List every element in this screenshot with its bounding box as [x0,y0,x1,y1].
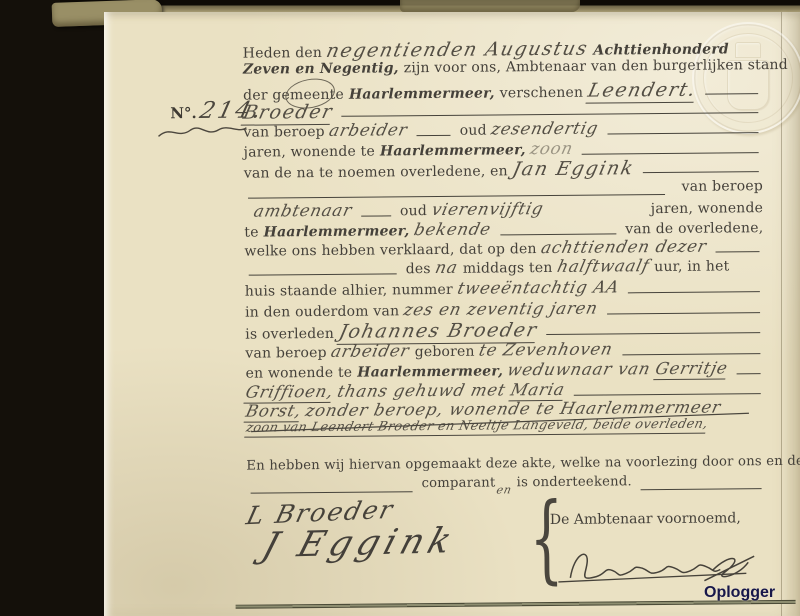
baseline-rule [342,112,759,117]
printed-text: van beroep [245,345,326,362]
baseline-rule [737,373,761,374]
printed-year-word: Zeven en Negentig, [243,60,399,77]
akte-content: N°.214. Heden den negentienden Augustus … [0,0,800,616]
handwritten-age-at-death: zes en zeventig jaren [402,299,600,320]
ambtenaar-signature [554,536,764,590]
baseline-rule [546,332,760,335]
printed-text: oud [400,203,427,219]
printed-text: is overleden [245,326,334,343]
printed-text: oud [460,123,487,139]
handwritten-relation: bekende [412,219,493,239]
handwritten-house-number: tweeëntachtig AA [456,277,622,297]
handwritten-age: zesendertig [490,119,601,139]
handwritten-death-date: achttienden dezer [540,237,709,257]
closing-stroke [247,404,753,434]
baseline-rule [574,393,761,396]
printed-municipality: Haarlemmermeer, [357,363,503,380]
document-scan: { "colors": { "paper": "#eae1c3", "print… [0,0,800,616]
baseline-rule [622,353,760,355]
printed-text: des [406,261,431,277]
printed-municipality: Haarlemmermeer, [264,223,410,240]
baseline-rule [251,491,413,493]
handwritten-occupation: ambtenaar [252,201,354,221]
oplogger-watermark: Oplogger [704,584,775,602]
handwritten-birthplace: te Zevenhoven [478,339,615,359]
handwritten-relation: zoon [529,139,576,158]
baseline-rule [643,171,759,173]
handwritten-text: thans gehuwd met [336,380,508,401]
printed-year-word: Achttienhonderd [593,41,729,58]
baseline-rule [607,312,760,314]
printed-text: huis staande alhier, nummer [245,282,453,300]
printed-text: jaren, wonende te [244,144,375,161]
printed-text: van beroep [682,178,763,195]
handwritten-suffix: en [495,483,513,496]
handwritten-occupation: arbeider [330,341,412,361]
closing-line-2: comparant en is onderteekend. [246,473,765,498]
printed-text: comparant [421,475,495,491]
baseline-rule [628,291,760,293]
handwritten-marital-status: weduwnaar van [506,359,653,379]
handwritten-spouse-name: Gerritje [653,358,730,380]
baseline-rule [249,273,397,275]
printed-text: Heden den [243,45,322,62]
printed-text: middags ten [463,260,553,277]
printed-text: in den ouderdom van [245,303,399,320]
baseline-rule [582,152,759,155]
handwritten-age: vierenvijftig [430,199,546,219]
record-number-label: N°. [170,104,197,122]
printed-text: van de overledene, [625,220,763,237]
printed-municipality: Haarlemmermeer, [380,142,526,159]
record-number-flourish [156,121,248,142]
printed-text: en wonende te [246,365,353,382]
baseline-rule [705,93,758,94]
printed-text: zijn voor ons, Ambtenaar van den burgerl… [404,57,788,76]
handwritten-hour: halftwaalf [555,256,651,276]
printed-text: jaren, wonende [651,200,764,217]
handwritten-occupation: arbeider [328,120,410,140]
handwritten-declarant-name: Jan Eggink [510,157,636,180]
spacer [548,213,645,214]
signature-comparant-2: J Eggink [258,521,461,566]
printed-text: van beroep [243,124,324,141]
printed-text: uur, in het [654,258,729,275]
baseline-rule [716,251,760,252]
handwritten-daypart: na [434,258,460,277]
printed-text: van de na te noemen overledene, en [244,163,508,181]
baseline-rule [500,233,616,235]
baseline-rule [361,215,391,216]
baseline-rule [641,488,762,490]
baseline-rule [608,132,759,134]
printed-text: te [244,225,258,241]
printed-text: geboren [415,344,475,361]
printed-text: En hebben wij hiervan opgemaakt deze akt… [246,454,800,474]
baseline-rule [417,135,451,136]
akte-line-7: van de na te noemen overledene, en Jan E… [244,156,763,181]
official-title-label: De Ambtenaar voornoemd, [550,510,741,528]
